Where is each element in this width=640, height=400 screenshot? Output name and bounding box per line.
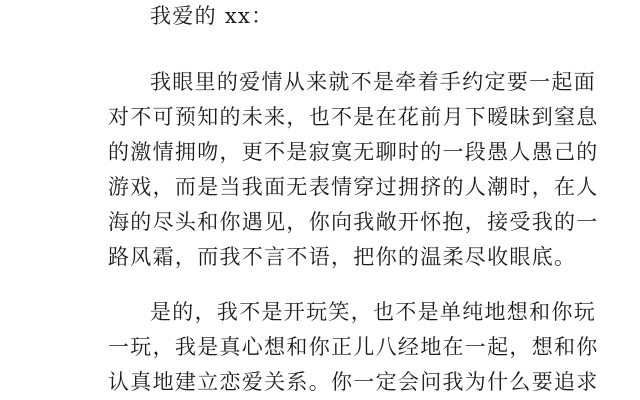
paragraph-line: 的激情拥吻，更不是寂寞无聊时的一段愚人愚己的: [108, 140, 599, 164]
paragraph-line: 路风霜，而我不言不语，把你的温柔尽收眼底。: [108, 245, 576, 269]
paragraph-line: 海的尽头和你遇见，你向我敞开怀抱，接受我的一: [108, 210, 599, 234]
paragraph-line: 认真地建立恋爱关系。你一定会问我为什么要追求: [108, 370, 599, 394]
paragraph-line: 是的，我不是开玩笑，也不是单纯地想和你玩: [150, 300, 596, 324]
paragraph-line: 我眼里的爱情从来就不是牵着手约定要一起面: [150, 70, 596, 94]
paragraph-line: 游戏，而是当我面无表情穿过拥挤的人潮时，在人: [108, 175, 599, 199]
paragraph-line: 对不可预知的未来，也不是在花前月下暧昧到窒息: [108, 105, 599, 129]
paragraph-line: 一玩，我是真心想和你正儿八经地在一起，想和你: [108, 335, 599, 359]
salutation: 我爱的 xx：: [150, 4, 273, 28]
